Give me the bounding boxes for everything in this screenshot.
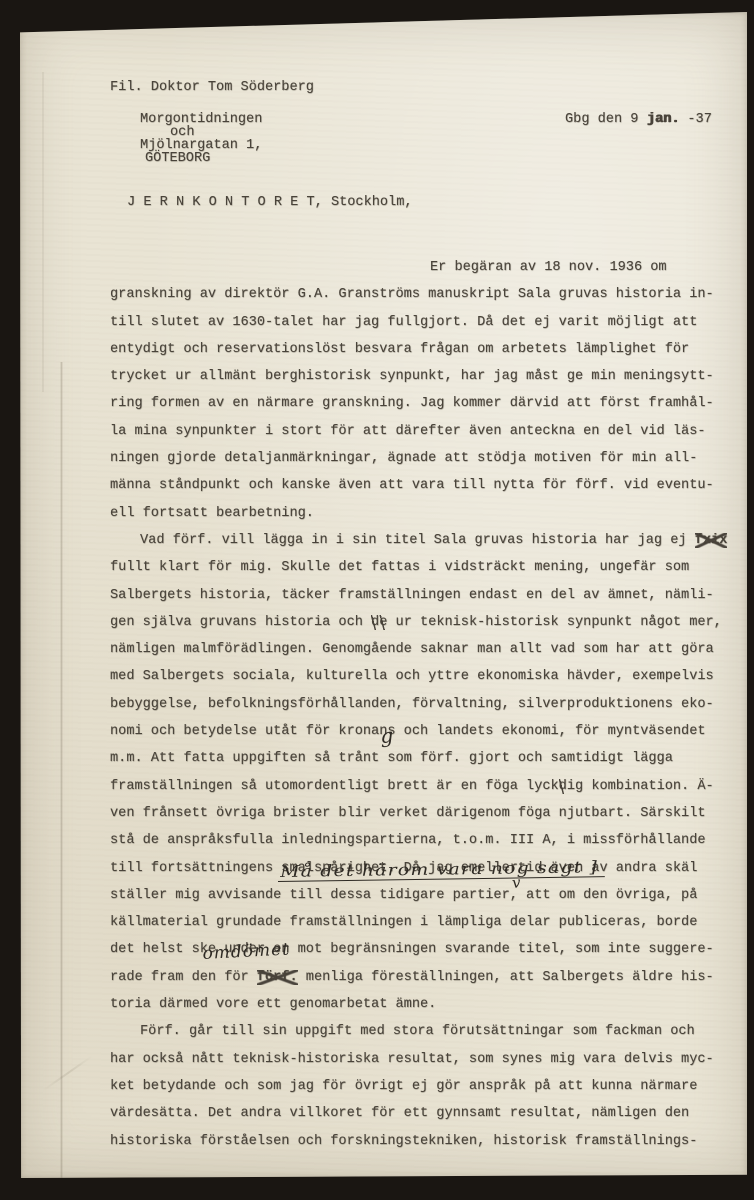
handwritten-annotation: g: [380, 727, 394, 744]
sender-city: GÖTEBORG: [145, 151, 210, 166]
body-line: ring formen av en närmare granskning. Ja…: [110, 390, 735, 417]
body-line: källmaterial grundade framställningen i …: [110, 909, 735, 936]
typed-text: har också nått teknisk-historiska result…: [110, 1052, 714, 1067]
body-line: Förf. går till sin uppgift med stora för…: [110, 1018, 735, 1045]
typed-text: rade fram den för: [110, 970, 257, 985]
body-line: framställningen så utomordentligt brett …: [110, 773, 735, 800]
typed-text: menliga föreställningen, att Salbergets …: [298, 970, 714, 985]
typed-text: ell fortsatt bearbetning.: [110, 506, 314, 521]
typed-text: stå de anspråksfulla inledningspartierna…: [110, 833, 706, 848]
typed-text: bebyggelse, befolkningsförhållanden, för…: [110, 697, 714, 712]
typed-text: historiska förståelsen och forskningstek…: [110, 1134, 697, 1149]
typed-text: männa ståndpunkt och kanske även att var…: [110, 478, 714, 493]
sender-org: Morgontidningen: [140, 112, 262, 127]
body-line: trycket ur allmänt berghistorisk synpunk…: [110, 363, 735, 390]
body-line: nomi och betydelse utåt för kronans och …: [110, 718, 735, 745]
body-line: entydigt och reservationslöst besvara fr…: [110, 336, 735, 363]
letter-body: Er begäran av 18 nov. 1936 omgranskning …: [110, 254, 735, 1155]
typed-text: trycket ur allmänt berghistorisk synpunk…: [110, 369, 714, 384]
typed-text: det helst ske under en mot begränsningen…: [110, 942, 714, 957]
body-line: stå de anspråksfulla inledningspartierna…: [110, 827, 735, 854]
body-line: ven frånsett övriga brister blir verket …: [110, 800, 735, 827]
body-line: rade fram den för förf. menliga förestäl…: [110, 964, 735, 991]
body-line: har också nått teknisk-historiska result…: [110, 1046, 735, 1073]
typed-text: till slutet av 1630-talet har jag fullgj…: [110, 315, 697, 330]
body-line: la mina synpunkter i stort för att däref…: [110, 418, 735, 445]
handwritten-annotation: omdömet: [202, 941, 290, 962]
body-line: granskning av direktör G.A. Granströms m…: [110, 281, 735, 308]
typed-text: nämligen malmförädlingen. Genomgående sa…: [110, 642, 714, 657]
typed-text: ur teknisk-historisk synpunkt något mer,: [387, 615, 721, 630]
body-line: fullt klart för mig. Skulle det fattas i…: [110, 554, 735, 581]
body-line: till slutet av 1630-talet har jag fullgj…: [110, 309, 735, 336]
body-line: Vad förf. vill lägga in i sin titel Sala…: [110, 527, 735, 554]
body-line: bebyggelse, befolkningsförhållanden, för…: [110, 691, 735, 718]
typed-text: m.m. Att fatta uppgiften så trånt som fö…: [110, 751, 673, 766]
typed-text: källmaterial grundade framställningen i …: [110, 915, 697, 930]
overstruck-text: fxix: [695, 533, 728, 548]
typed-text: framställningen så utomordentligt brett …: [110, 779, 559, 794]
date-line: Gbg den 9 jan. -37: [565, 112, 712, 127]
letter-page: Fil. Doktor Tom Söderberg Morgontidninge…: [20, 12, 747, 1178]
typed-text: gen själva gruvans historia och: [110, 615, 371, 630]
body-line: med Salbergets sociala, kulturella och y…: [110, 663, 735, 690]
date-pre: Gbg den 9: [565, 112, 647, 127]
typed-text: ring formen av en närmare granskning. Ja…: [110, 396, 714, 411]
body-line: värdesätta. Det andra villkoret för ett …: [110, 1100, 735, 1127]
typed-text: ningen gjorde detaljanmärkningar, ägnade…: [110, 451, 697, 466]
typed-text: Vad förf. vill lägga in i sin titel Sala…: [140, 533, 695, 548]
body-line: toria därmed vore ett genomarbetat ämne.: [110, 991, 735, 1018]
scan-background: { "document": { "sender": { "line1": "Fi…: [0, 0, 754, 1200]
handwritten-annotation: v: [511, 874, 521, 891]
typed-text: ven frånsett övriga brister blir verket …: [110, 806, 706, 821]
body-line: m.m. Att fatta uppgiften så trånt som fö…: [110, 745, 735, 772]
body-line: ningen gjorde detaljanmärkningar, ägnade…: [110, 445, 735, 472]
body-line: Er begäran av 18 nov. 1936 om: [110, 254, 735, 281]
body-line: Salbergets historia, täcker framställnin…: [110, 582, 735, 609]
paper-crease: [42, 72, 44, 392]
typed-text: toria därmed vore ett genomarbetat ämne.: [110, 997, 436, 1012]
date-post: -37: [679, 112, 712, 127]
typed-text: värdesätta. Det andra villkoret för ett …: [110, 1106, 689, 1121]
body-line: historiska förståelsen och forskningstek…: [110, 1128, 735, 1155]
typed-text: nomi och betydelse utåt för kronans och …: [110, 724, 706, 739]
typed-text: la mina synpunkter i stort för att däref…: [110, 424, 706, 439]
body-line: nämligen malmförädlingen. Genomgående sa…: [110, 636, 735, 663]
body-line: ell fortsatt bearbetning.: [110, 500, 735, 527]
typed-text: ställer mig avvisande till dessa tidigar…: [110, 888, 697, 903]
overstruck-text: d: [559, 779, 567, 794]
sender-name: Fil. Doktor Tom Söderberg: [110, 80, 314, 95]
typed-text: granskning av direktör G.A. Granströms m…: [110, 287, 714, 302]
date-overstruck-month: jan.: [647, 112, 680, 127]
body-line: männa ståndpunkt och kanske även att var…: [110, 472, 735, 499]
typed-text: med Salbergets sociala, kulturella och y…: [110, 669, 714, 684]
body-line: ställer mig avvisande till dessa tidigar…: [110, 882, 735, 909]
typed-text: Salbergets historia, täcker framställnin…: [110, 588, 714, 603]
typed-text: entydigt och reservationslöst besvara fr…: [110, 342, 689, 357]
body-line: gen själva gruvans historia och de ur te…: [110, 609, 735, 636]
paper-crease: [60, 362, 63, 1178]
typed-text: Er begäran av 18 nov. 1936 om: [430, 260, 667, 275]
recipient-line: J E R N K O N T O R E T, Stockholm,: [127, 195, 413, 210]
typed-text: fullt klart för mig. Skulle det fattas i…: [110, 560, 689, 575]
overstruck-text: förf.: [257, 970, 298, 985]
overstruck-text: de: [371, 615, 387, 630]
typed-text: ket betydande och som jag för övrigt ej …: [110, 1079, 697, 1094]
typed-text: ig kombination. Ä-: [567, 779, 714, 794]
typed-text: Förf. går till sin uppgift med stora för…: [140, 1024, 695, 1039]
body-line: ket betydande och som jag för övrigt ej …: [110, 1073, 735, 1100]
paper-crease: [43, 1055, 93, 1091]
